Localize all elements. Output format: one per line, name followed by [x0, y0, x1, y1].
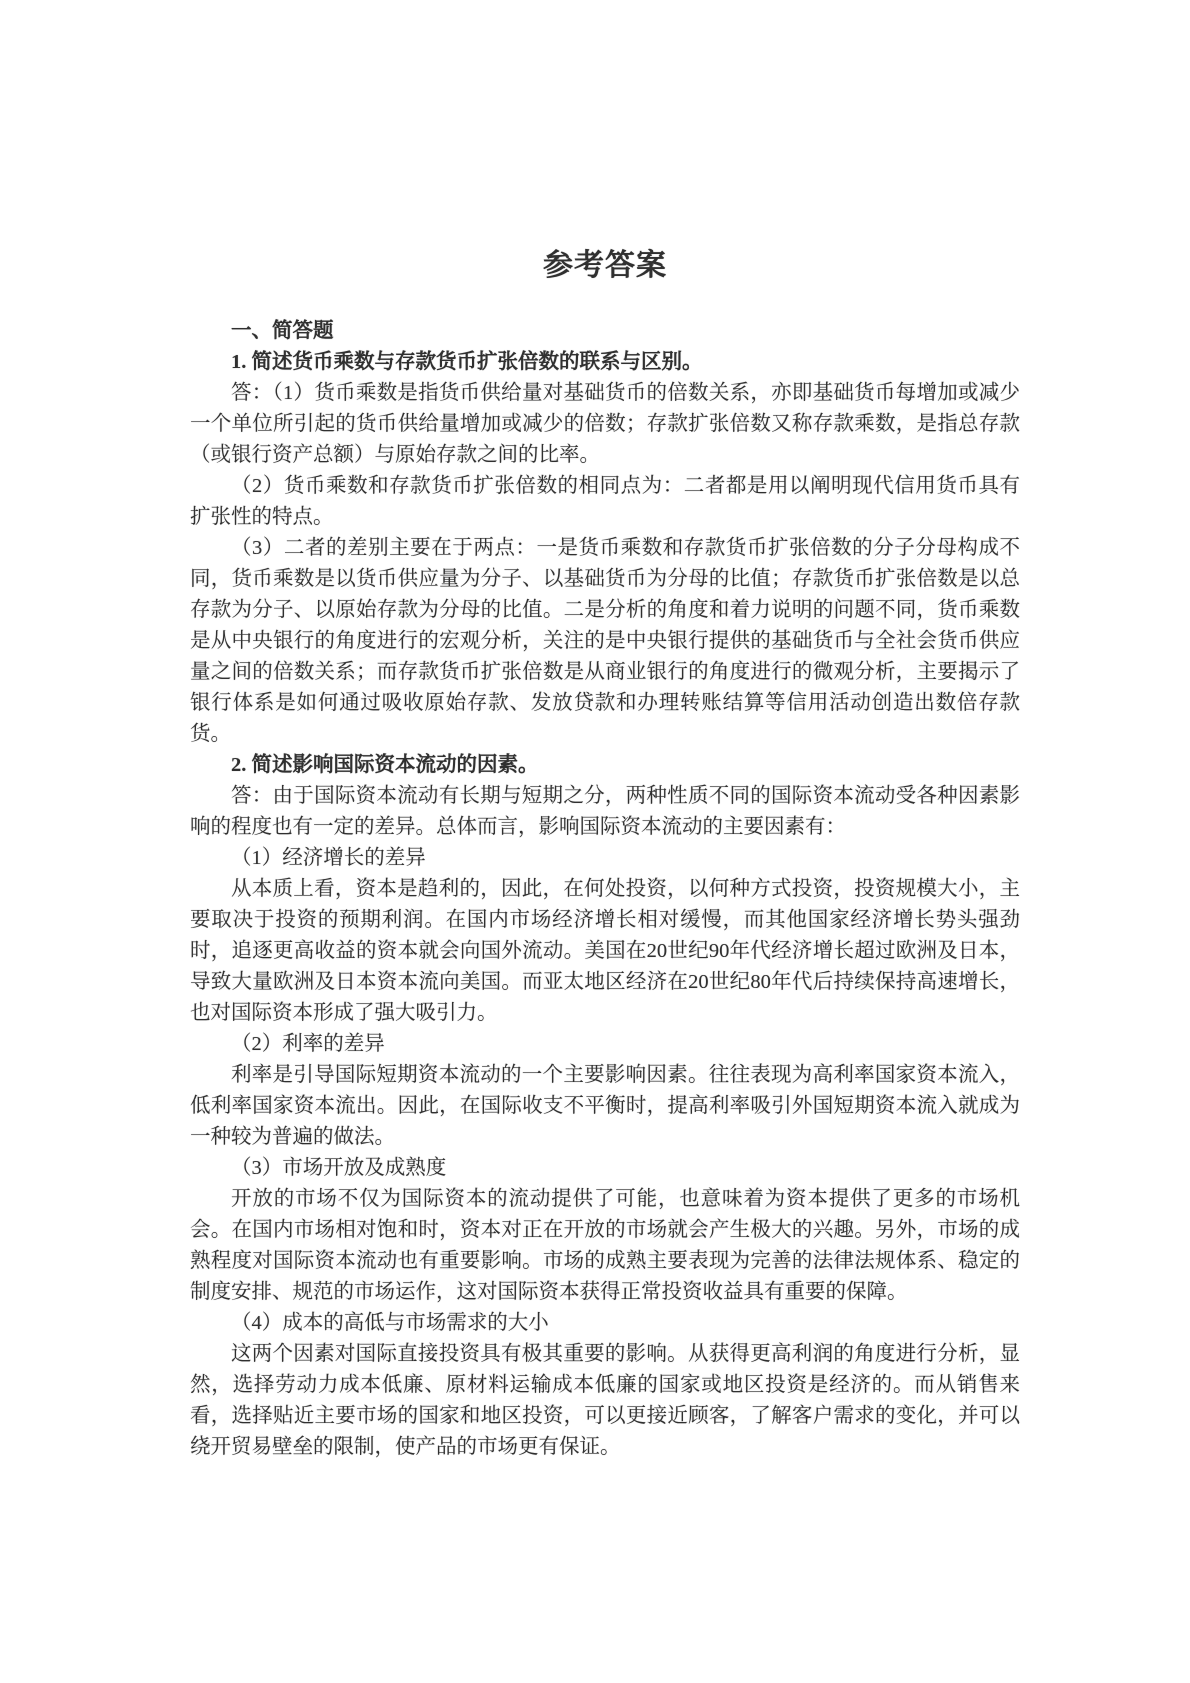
q1-answer-paragraph: （2）货币乘数和存款货币扩张倍数的相同点为：二者都是用以阐明现代信用货币具有扩张… [190, 471, 1020, 533]
section-heading: 一、简答题 [190, 316, 1020, 347]
q2-answer-subheading: （4）成本的高低与市场需求的大小 [190, 1308, 1020, 1339]
q2-answer-paragraph: 这两个因素对国际直接投资具有极其重要的影响。从获得更高利润的角度进行分析，显然，… [190, 1339, 1020, 1463]
q1-answer-paragraph: （3）二者的差别主要在于两点：一是货币乘数和存款货币扩张倍数的分子分母构成不同，… [190, 533, 1020, 750]
q2-answer-paragraph: 利率是引导国际短期资本流动的一个主要影响因素。往往表现为高利率国家资本流入，低利… [190, 1060, 1020, 1153]
q2-answer-subheading: （1）经济增长的差异 [190, 843, 1020, 874]
q2-answer-subheading: （3）市场开放及成熟度 [190, 1153, 1020, 1184]
doc-title: 参考答案 [190, 246, 1020, 286]
q2-answer-paragraph: 从本质上看，资本是趋利的，因此，在何处投资，以何种方式投资，投资规模大小，主要取… [190, 874, 1020, 1029]
question-1-heading: 1. 简述货币乘数与存款货币扩张倍数的联系与区别。 [190, 347, 1020, 378]
q2-answer-paragraph: 开放的市场不仅为国际资本的流动提供了可能，也意味着为资本提供了更多的市场机会。在… [190, 1184, 1020, 1308]
question-2-heading: 2. 简述影响国际资本流动的因素。 [190, 750, 1020, 781]
document-page: 参考答案 一、简答题 1. 简述货币乘数与存款货币扩张倍数的联系与区别。 答：（… [0, 0, 1190, 1683]
q2-answer-paragraph: 答：由于国际资本流动有长期与短期之分，两种性质不同的国际资本流动受各种因素影响的… [190, 781, 1020, 843]
document-content: 参考答案 一、简答题 1. 简述货币乘数与存款货币扩张倍数的联系与区别。 答：（… [190, 246, 1020, 1463]
q2-answer-subheading: （2）利率的差异 [190, 1029, 1020, 1060]
q1-answer-paragraph: 答：（1）货币乘数是指货币供给量对基础货币的倍数关系，亦即基础货币每增加或减少一… [190, 378, 1020, 471]
